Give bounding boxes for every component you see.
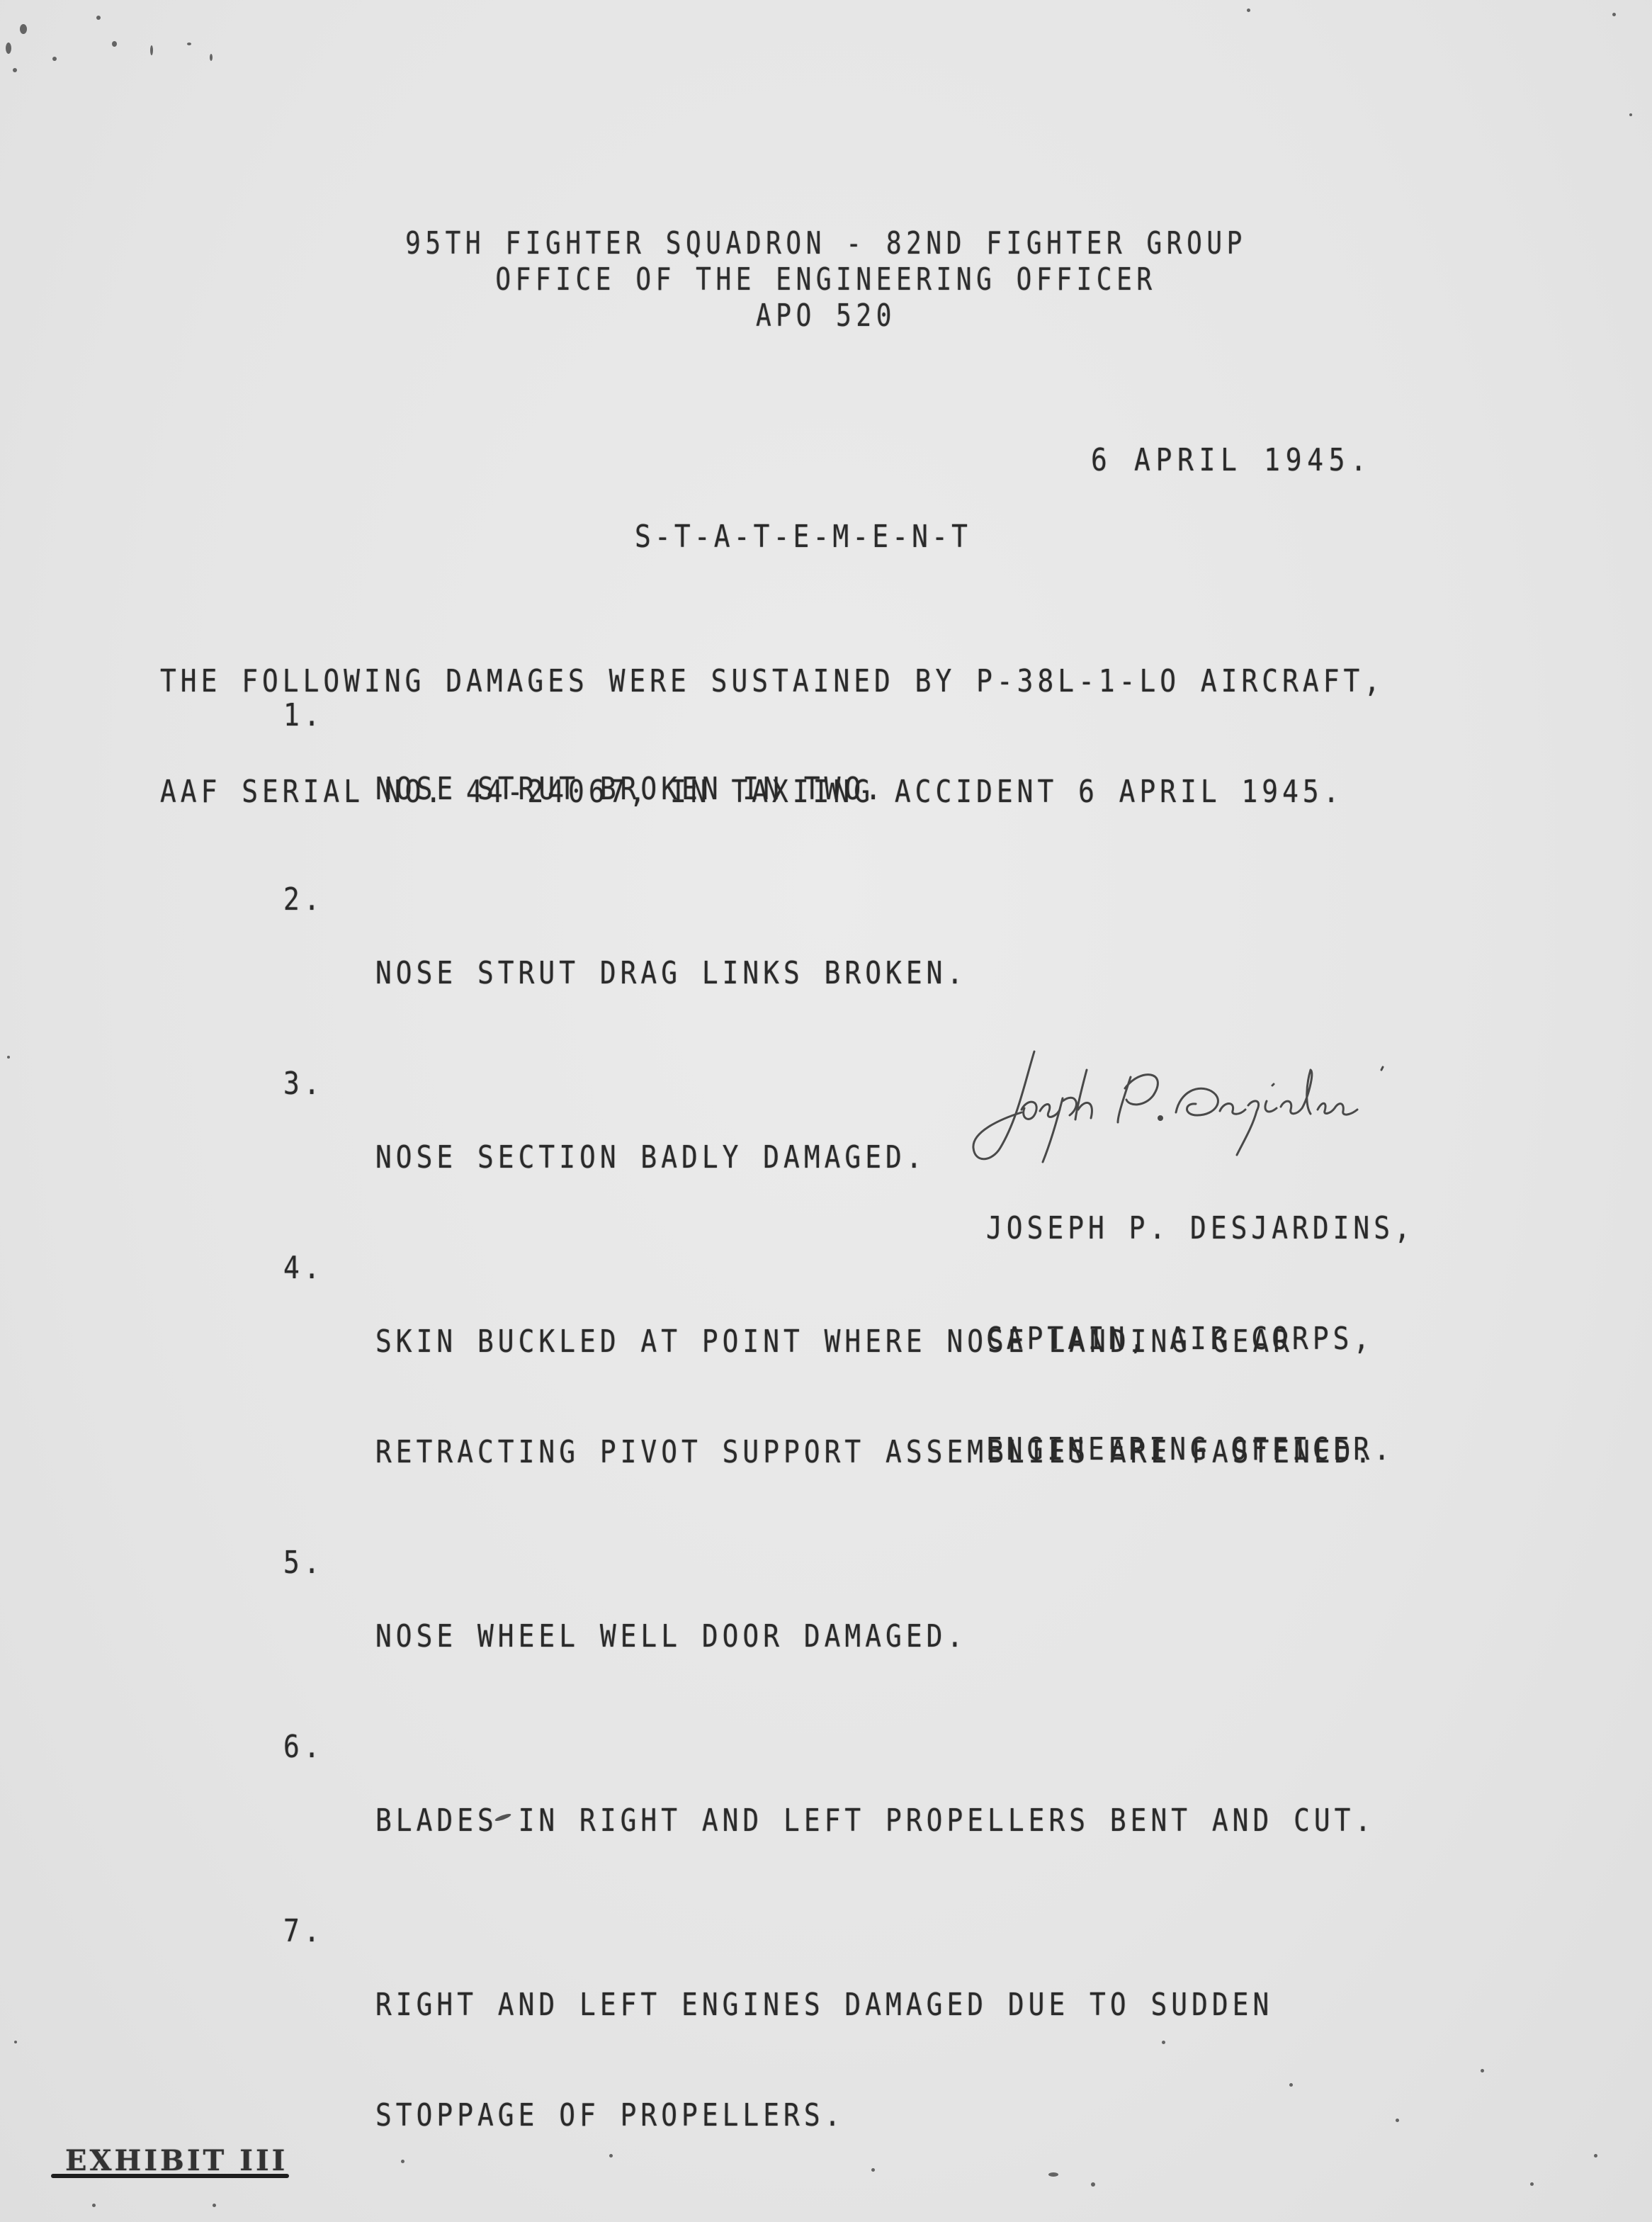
item-line: RIGHT AND LEFT ENGINES DAMAGED DUE TO SU… — [375, 1987, 1375, 2024]
signature-block: JOSEPH P. DESJARDINS, CAPTAIN, AIR CORPS… — [986, 1137, 1415, 1542]
list-item: 2. NOSE STRUT DRAG LINKS BROKEN. — [283, 881, 1446, 1066]
item-number: 4. — [283, 1250, 324, 1287]
item-text: NOSE WHEEL WELL DOOR DAMAGED. — [375, 1545, 1375, 1729]
item-line: NOSE STRUT BROKEN IN TWO. — [375, 771, 1375, 808]
item-line: NOSE STRUT DRAG LINKS BROKEN. — [375, 955, 1375, 992]
item-text: NOSE STRUT DRAG LINKS BROKEN. — [375, 881, 1375, 1066]
list-item: 5. NOSE WHEEL WELL DOOR DAMAGED. — [283, 1545, 1446, 1729]
list-item: 6. BLADES IN RIGHT AND LEFT PROPELLERS B… — [283, 1729, 1446, 1913]
item-text: NOSE STRUT BROKEN IN TWO. — [375, 697, 1375, 881]
item-line: BLADES IN RIGHT AND LEFT PROPELLERS BENT… — [375, 1803, 1375, 1839]
item-number: 5. — [283, 1545, 324, 1581]
intro-line: THE FOLLOWING DAMAGES WERE SUSTAINED BY … — [160, 663, 1384, 700]
document-page: 95TH FIGHTER SQUADRON - 82ND FIGHTER GRO… — [0, 0, 1652, 2222]
list-item: 1. NOSE STRUT BROKEN IN TWO. — [283, 697, 1446, 881]
item-text: RIGHT AND LEFT ENGINES DAMAGED DUE TO SU… — [375, 1913, 1375, 2208]
item-number: 1. — [283, 697, 324, 734]
letterhead-apo: APO 520 — [149, 298, 1503, 334]
item-number: 7. — [283, 1913, 324, 1950]
letterhead-unit: 95TH FIGHTER SQUADRON - 82ND FIGHTER GRO… — [149, 225, 1503, 261]
item-line: STOPPAGE OF PROPELLERS. — [375, 2097, 1375, 2134]
document-date: 6 APRIL 1945. — [1091, 442, 1372, 479]
document-title: S-T-A-T-E-M-E-N-T — [635, 519, 971, 555]
item-number: 3. — [283, 1066, 324, 1102]
exhibit-label: EXHIBIT III — [65, 2144, 288, 2177]
letterhead-office: OFFICE OF THE ENGINEERING OFFICER — [149, 261, 1503, 298]
list-item: 7. RIGHT AND LEFT ENGINES DAMAGED DUE TO… — [283, 1913, 1446, 2208]
letterhead: 95TH FIGHTER SQUADRON - 82ND FIGHTER GRO… — [0, 225, 1652, 334]
item-number: 2. — [283, 881, 324, 918]
item-text: BLADES IN RIGHT AND LEFT PROPELLERS BENT… — [375, 1729, 1375, 1913]
signer-rank: CAPTAIN, AIR CORPS, — [986, 1321, 1415, 1358]
signer-title: ENGINEERING OFFICER. — [986, 1431, 1415, 1468]
item-line: NOSE WHEEL WELL DOOR DAMAGED. — [375, 1618, 1375, 1655]
signer-name: JOSEPH P. DESJARDINS, — [986, 1210, 1415, 1247]
exhibit-underline — [51, 2174, 289, 2178]
item-number: 6. — [283, 1729, 324, 1766]
